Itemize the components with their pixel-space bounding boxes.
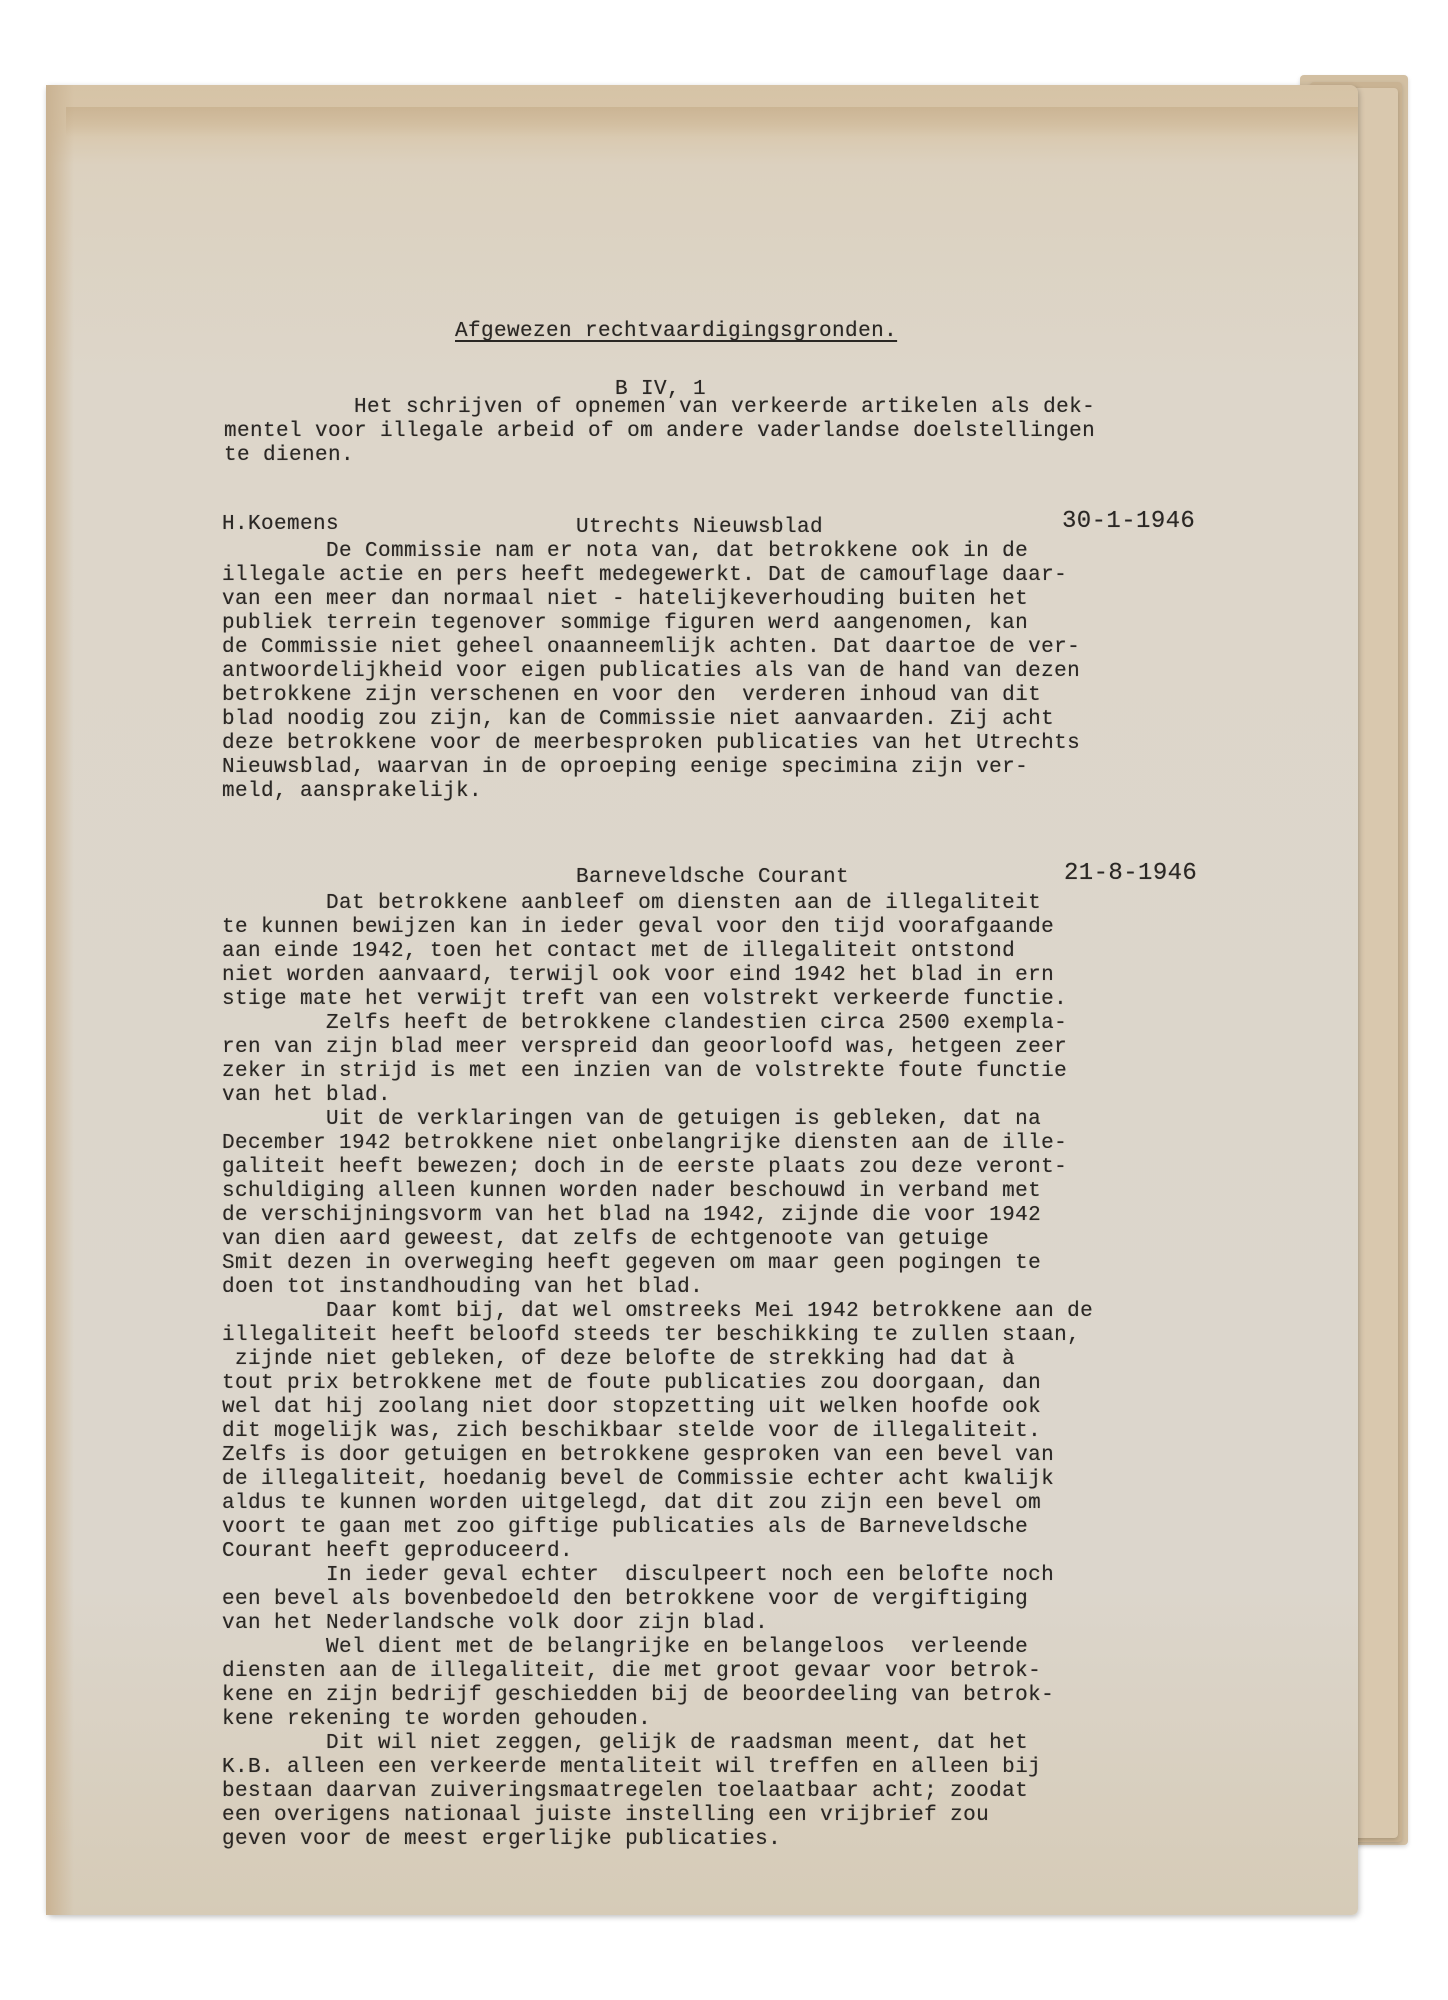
case-newspaper: Utrechts Nieuwsblad [576, 516, 823, 540]
case-body: De Commissie nam er nota van, dat betrok… [222, 540, 1080, 804]
section-intro: Het schrijven of opnemen van verkeerde a… [224, 396, 1095, 468]
case-date: 21-8-1946 [1064, 862, 1197, 886]
case-date: 30-1-1946 [1062, 510, 1195, 534]
case-body: Dat betrokkene aanbleef om diensten aan … [222, 892, 1093, 1852]
case-person-name: H.Koemens [222, 513, 339, 537]
case-newspaper: Barneveldsche Courant [576, 866, 849, 890]
document-title: Afgewezen rechtvaardigingsgronden. [455, 320, 897, 344]
